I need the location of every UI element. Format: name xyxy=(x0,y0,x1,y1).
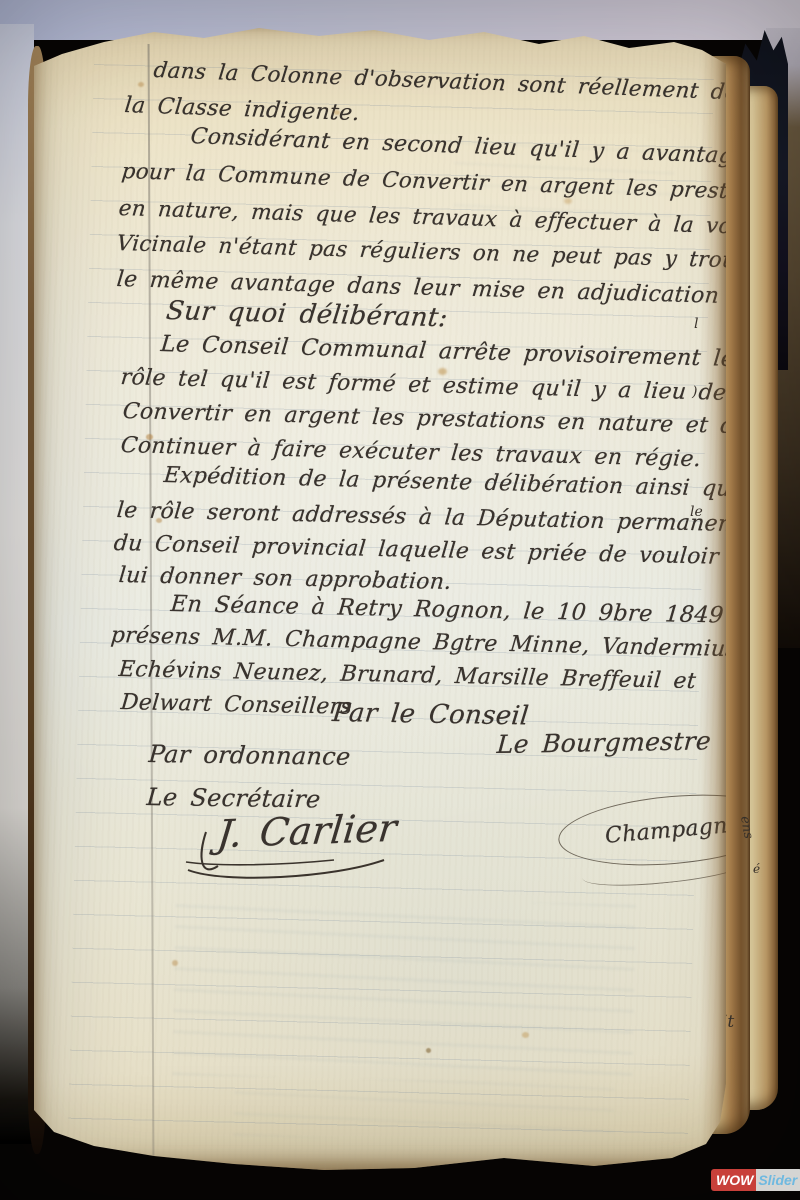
closing-par-le-conseil: Par le Conseil xyxy=(331,698,530,731)
manuscript-page: dans la Colonne d'observation sont réell… xyxy=(34,20,726,1170)
foxing-spot xyxy=(334,110,340,115)
foxing-spot xyxy=(522,1032,529,1038)
margin-ink-fragment: l xyxy=(694,316,698,332)
foxing-spot xyxy=(146,434,153,440)
wowslider-watermark[interactable]: WOW Slider xyxy=(711,1169,800,1191)
signature-underline-swash xyxy=(184,826,414,896)
foxing-spot xyxy=(426,1048,431,1053)
margin-ink-fragment: ) xyxy=(692,384,697,400)
bleed-through-smudge xyxy=(233,1076,614,1144)
bleed-through-smudge xyxy=(453,138,675,233)
foxing-spot xyxy=(438,368,447,375)
watermark-wow-label: WOW xyxy=(711,1169,756,1191)
foxing-spot xyxy=(156,518,162,523)
manuscript-line: Delwart Conseillers xyxy=(120,690,353,720)
foxing-spot xyxy=(564,198,572,204)
margin-ink-fragment: le xyxy=(690,504,703,520)
foxing-spot xyxy=(172,960,178,966)
closing-le-bourgmestre: Le Bourgmestre xyxy=(496,726,712,759)
watermark-slider-label: Slider xyxy=(756,1169,800,1191)
closing-par-ordonnance: Par ordonnance xyxy=(148,740,352,771)
background-wall xyxy=(0,0,800,40)
bourgmestre-signature: Champagne xyxy=(604,812,742,849)
bleed-through-smudge xyxy=(172,895,636,1085)
foxing-spot xyxy=(138,82,144,87)
edge-ink-fragment: é xyxy=(753,862,760,876)
